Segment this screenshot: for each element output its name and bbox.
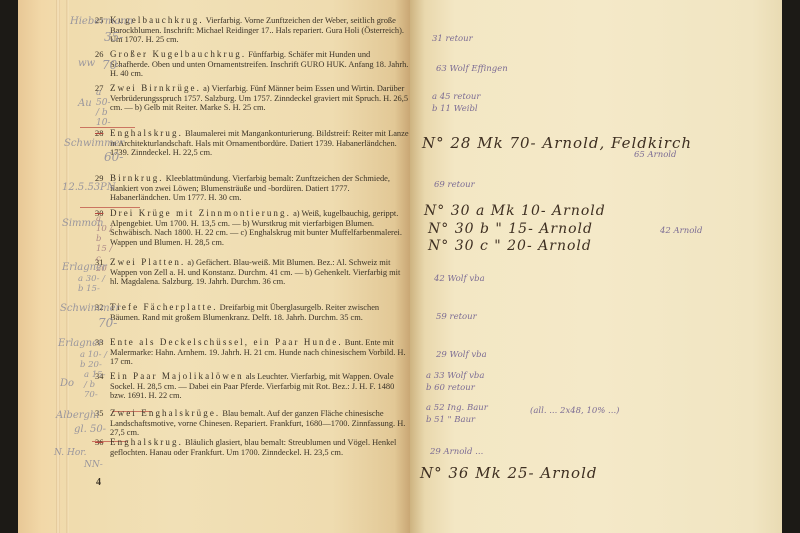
ledger-note: 29 Wolf vba [436,350,487,360]
catalogue-entry-29: 29 Birnkrug. Kleeblattmündung. Vierfarbi… [110,174,410,203]
margin-price-note: a 30- / b 15- [78,274,106,294]
lot-title: Enghalskrug. [110,128,183,138]
margin-buyer-note: Erlagner [62,262,107,273]
ledger-note: 29 Arnold ... [430,447,483,457]
margin-buyer-note: N. Hor. [54,448,86,458]
margin-buyer-note: Erlagner [58,338,103,349]
catalogue-entry-33: 33 Ente als Deckelschüssel, ein Paar Hun… [110,338,410,367]
ledger-note: (all. ... 2x48, 10% ...) [530,406,619,416]
ledger-note: 69 retour [434,180,475,190]
margin-buyer-note: Do [60,378,74,389]
ledger-note: 42 Arnold [660,226,702,236]
margin-buyer-note: ww [78,58,95,69]
lot-title: Zwei Birnkrüge. [110,83,201,93]
ledger-sale-entry: N° 30 b " 15- Arnold [428,221,593,237]
ledger-note: b 11 Weibl [432,104,478,114]
page-number: 4 [96,477,101,488]
catalogue-entry-27: 27 Zwei Birnkrüge. a) Vierfarbig. Fünf M… [110,84,410,113]
ledger-note: a 45 retour [432,92,480,102]
margin-buyer-note: Schwimmer [64,138,124,149]
ledger-sale-entry: N° 36 Mk 25- Arnold [420,464,597,482]
lot-title: Zwei Enghalskrüge. [110,408,220,418]
margin-price-note: a 15- / b 70- [84,370,110,400]
margin-buyer-note: Schwimmer [60,303,120,314]
lot-title: Enghalskrug. [110,437,183,447]
lot-title: Ein Paar Majolikalöwen [110,371,244,381]
catalogue-entry-28: 28 Enghalskrug. Blaumalerei mit Manganko… [110,129,410,158]
ledger-note: 42 Wolf vba [434,274,485,284]
lot-number: 36 [95,438,103,448]
margin-buyer-note: 12.5.53 [62,182,100,193]
catalogue-entry-30: 30 Drei Krüge mit Zinnmontierung. a) Wei… [110,209,410,247]
margin-price-note: PN [100,182,115,193]
book-spread: 25 Kugelbauchkrug. Vierfarbig. Vorne Zun… [0,0,800,533]
catalogue-entry-31: 31 Zwei Platten. a) Gefächert. Blau-weiß… [110,258,410,287]
lot-title: Tiefe Fächerplatte. [110,302,218,312]
ledger-note: b 51 " Baur [426,415,475,425]
margin-price-note: 70- [102,58,121,72]
margin-price-note: a 10- / b 20- [80,350,108,370]
scan-background-right [782,0,800,533]
lot-title: Drei Krüge mit Zinnmontierung. [110,208,291,218]
lot-title: Großer Kugelbauchkrug. [110,49,246,59]
margin-price-note: gl. 50- [74,424,106,435]
ledger-note: a 52 Ing. Baur [426,403,488,413]
margin-price-note: NN- [84,460,103,470]
catalogue-entry-32: 32 Tiefe Fächerplatte. Dreifarbig mit Üb… [110,303,410,322]
ledger-sale-entry: N° 30 a Mk 10- Arnold [424,203,606,219]
ledger-note: 63 Wolf Effingen [436,64,508,74]
ledger-note: 59 retour [436,312,477,322]
ledger-sale-entry: N° 30 c " 20- Arnold [428,238,592,254]
catalogue-entry-35: 35 Zwei Enghalskrüge. Blau bemalt. Auf d… [110,409,410,438]
ledger-note: 65 Arnold [634,150,676,160]
margin-price-note: a 50- / b 10- [96,88,116,128]
scan-background-left [0,0,18,533]
margin-buyer-note: Hiebermann [70,16,133,27]
margin-price-note: 70- [98,316,117,330]
margin-price-note: 60- [104,150,123,164]
ledger-note: b 60 retour [426,383,475,393]
margin-buyer-note: Alberghi [56,410,100,421]
lot-title: Birnkrug. [110,173,164,183]
catalogue-entry-26: 26 Großer Kugelbauchkrug. Fünffarbig. Sc… [110,50,410,79]
catalogue-entry-36: 36 Enghalskrug. Bläulich glasiert, blau … [110,438,410,457]
catalogue-entry-34: 34 Ein Paar Majolikalöwen als Leuchter. … [110,372,410,401]
lot-title: Zwei Platten. [110,257,185,267]
margin-price-note: 35- [104,30,123,44]
lot-title: Ente als Deckelschüssel, ein Paar Hunde. [110,337,343,347]
catalogue-entry-25: 25 Kugelbauchkrug. Vierfarbig. Vorne Zun… [110,16,410,45]
ledger-note: 31 retour [432,34,473,44]
ledger-note: a 33 Wolf vba [426,371,484,381]
margin-buyer-note: Au [78,98,92,109]
